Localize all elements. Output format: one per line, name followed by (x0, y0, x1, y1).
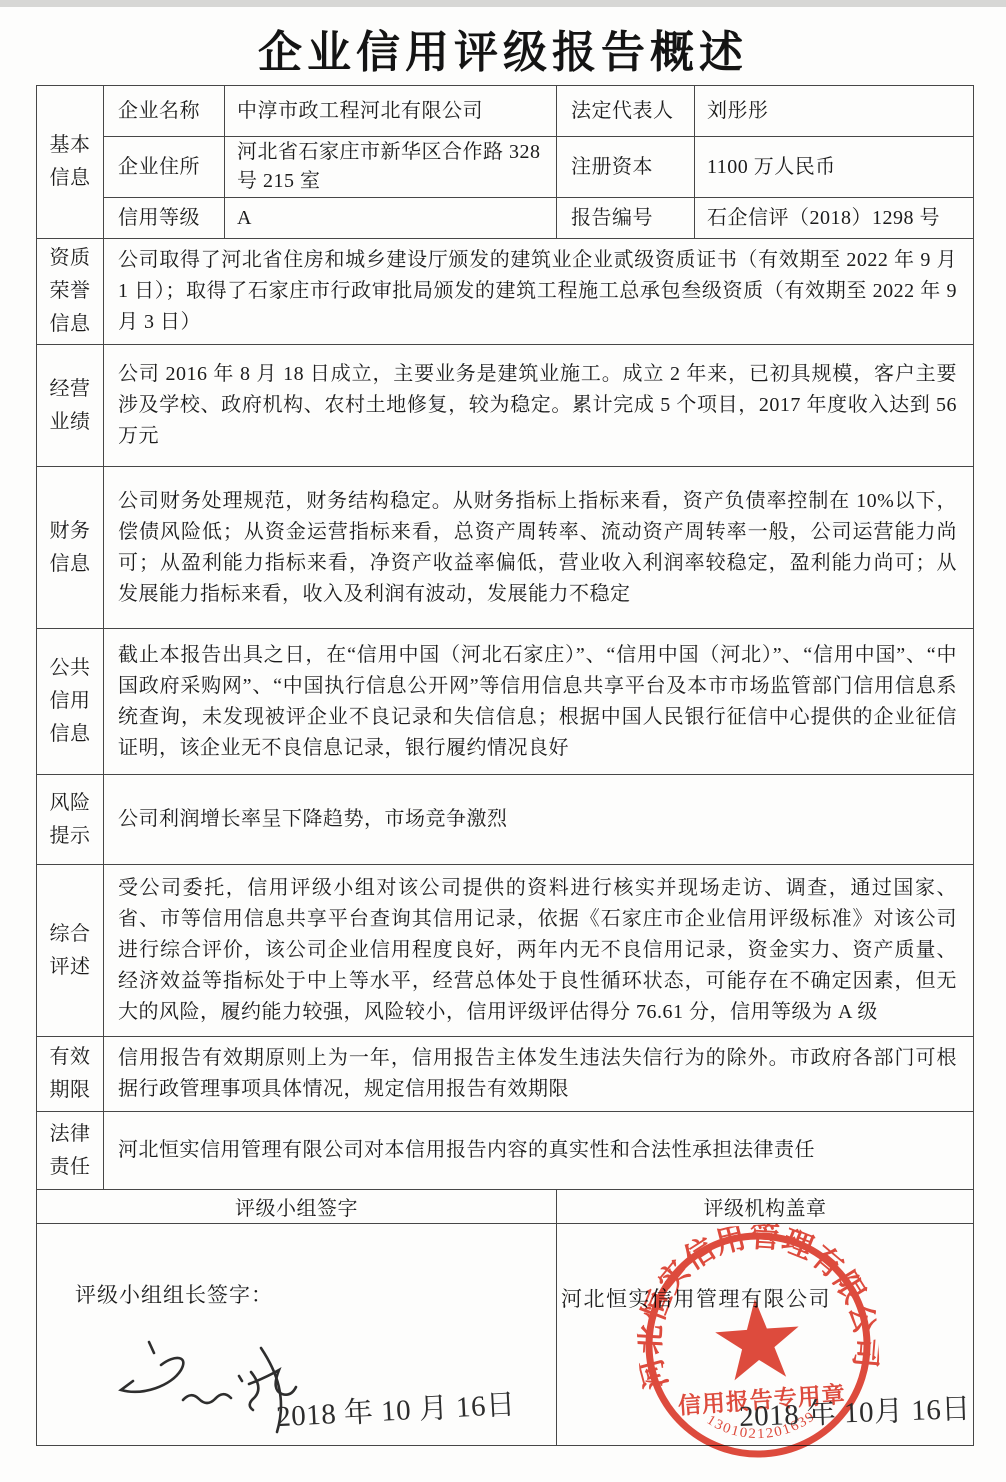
report-page: 企业信用评级报告概述 基本信息 企业名称 中淳市政工程河北有限公司 法定代表人 … (0, 0, 1006, 1482)
section-content-qualifications: 公司取得了河北省住房和城乡建设厅颁发的建筑业企业贰级资质证书（有效期至 2022… (104, 239, 974, 345)
section-label-risk-warning: 风险提示 (37, 775, 104, 865)
field-value-legal-representative: 刘彤彤 (695, 86, 974, 137)
field-value-company-name: 中淳市政工程河北有限公司 (225, 86, 557, 137)
section-content-financial-info: 公司财务处理规范，财务结构稳定。从财务指标上指标来看，资产负债率控制在 10%以… (104, 467, 974, 629)
rating-team-signature-cell: 评级小组组长签字： 2018 年 10 月 16日 (37, 1224, 557, 1446)
section-label-basic-info: 基本信息 (37, 86, 104, 239)
rating-agency-seal-cell: 河北恒实信用管理有限公司 河北恒实信用管理有限公司 信用报告专用章 130102… (557, 1224, 974, 1446)
signature-right-header: 评级机构盖章 (557, 1190, 974, 1224)
field-label-company-address: 企业住所 (104, 137, 225, 198)
signature-stroke (239, 1376, 242, 1381)
section-content-public-credit-info: 截止本报告出具之日，在“信用中国（河北石家庄）”、“信用中国（河北）”、“信用中… (104, 629, 974, 775)
signature-stroke (250, 1372, 259, 1410)
signature-stroke (249, 1370, 296, 1395)
section-content-overall-review: 受公司委托，信用评级小组对该公司提供的资料进行核实并现场走访、调查，通过国家、省… (104, 865, 974, 1037)
section-content-validity-period: 信用报告有效期原则上为一年，信用报告主体发生违法失信行为的除外。市政府各部门可根… (104, 1037, 974, 1112)
field-value-registered-capital: 1100 万人民币 (695, 137, 974, 198)
leader-sign-label: 评级小组组长签字： (75, 1279, 273, 1309)
signature-left-header: 评级小组签字 (37, 1190, 557, 1224)
section-label-overall-review: 综合评述 (37, 865, 104, 1037)
field-label-report-number: 报告编号 (557, 198, 695, 239)
rating-agency-date: 2018 年 10月 16日 (739, 1386, 972, 1435)
section-label-qualifications: 资质荣誉信息 (37, 239, 104, 345)
report-table: 基本信息 企业名称 中淳市政工程河北有限公司 法定代表人 刘彤彤 企业住所 河北… (36, 85, 974, 1446)
field-label-registered-capital: 注册资本 (557, 137, 695, 198)
section-content-business-performance: 公司 2016 年 8 月 18 日成立，主要业务是建筑业施工。成立 2 年来，… (104, 345, 974, 467)
section-label-business-performance: 经营业绩 (37, 345, 104, 467)
field-label-company-name: 企业名称 (104, 86, 225, 137)
svg-text:河北恒实信用管理有限公司: 河北恒实信用管理有限公司 (630, 1217, 885, 1393)
signature-stroke (183, 1394, 231, 1403)
section-label-public-credit-info: 公共信用信息 (37, 629, 104, 775)
stamp-ring-text: 河北恒实信用管理有限公司 (630, 1217, 885, 1393)
section-label-financial-info: 财务信息 (37, 467, 104, 629)
signature-stroke (121, 1358, 183, 1392)
section-label-validity-period: 有效期限 (37, 1037, 104, 1112)
field-value-company-address: 河北省石家庄市新华区合作路 328 号 215 室 (225, 137, 557, 198)
section-label-legal-liability: 法律责任 (37, 1112, 104, 1190)
section-content-legal-liability: 河北恒实信用管理有限公司对本信用报告内容的真实性和合法性承担法律责任 (104, 1112, 974, 1190)
field-label-credit-grade: 信用等级 (104, 198, 225, 239)
field-value-report-number: 石企信评（2018）1298 号 (695, 198, 974, 239)
red-seal-stamp: 河北恒实信用管理有限公司 信用报告专用章 1301021201639 (630, 1217, 886, 1473)
page-title: 企业信用评级报告概述 (0, 16, 1006, 80)
section-content-risk-warning: 公司利润增长率呈下降趋势，市场竞争激烈 (104, 775, 974, 865)
stamp-star-icon (713, 1296, 802, 1381)
signature-stroke (149, 1342, 154, 1353)
field-label-legal-representative: 法定代表人 (557, 86, 695, 137)
field-value-credit-grade: A (225, 198, 557, 239)
rating-team-date: 2018 年 10 月 16日 (276, 1382, 517, 1435)
scan-edge (0, 0, 1006, 7)
